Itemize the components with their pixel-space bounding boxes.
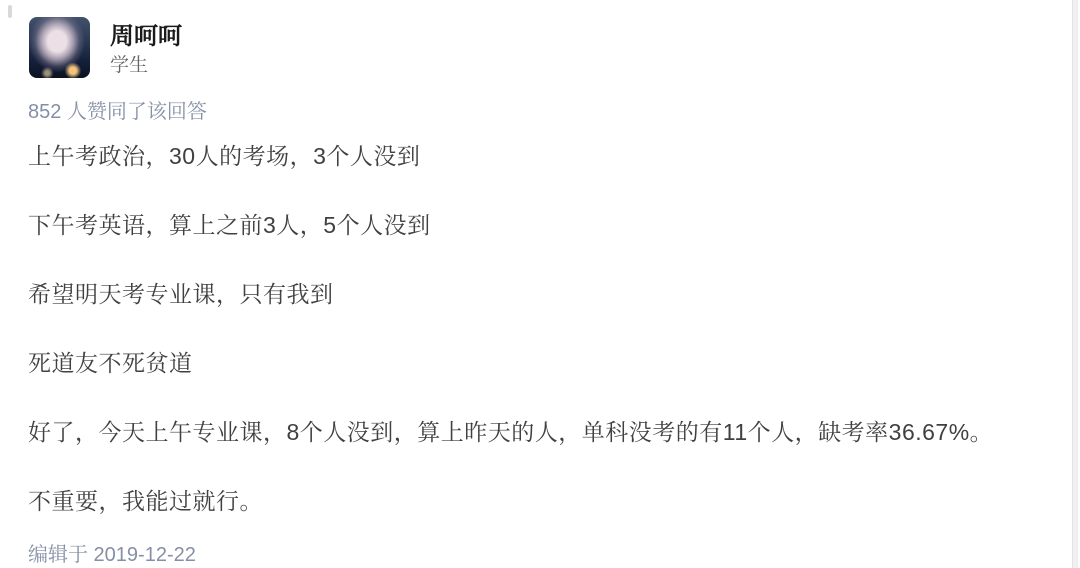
- answer-paragraph: 下午考英语，算上之前3人，5个人没到: [28, 211, 1048, 240]
- answer-paragraph: 上午考政治，30人的考场，3个人没到: [28, 142, 1048, 171]
- right-page-edge-bar: [1072, 0, 1078, 568]
- upvote-count-text: 852 人赞同了该回答: [28, 100, 207, 125]
- edited-date-text: 编辑于 2019-12-22: [28, 543, 196, 568]
- author-headline: 学生: [110, 54, 148, 78]
- answer-paragraph: 好了，今天上午专业课，8个人没到，算上昨天的人，单科没考的有11个人，缺考率36…: [28, 418, 1048, 447]
- left-crop-edge-artifact: [8, 5, 12, 18]
- answer-paragraph: 不重要，我能过就行。: [28, 487, 1048, 516]
- answer-body: 上午考政治，30人的考场，3个人没到 下午考英语，算上之前3人，5个人没到 希望…: [28, 142, 1048, 556]
- answer-paragraph: 希望明天考专业课，只有我到: [28, 280, 1048, 309]
- author-name[interactable]: 周呵呵: [110, 22, 182, 52]
- answer-paragraph: 死道友不死贫道: [28, 349, 1048, 378]
- avatar[interactable]: [29, 17, 90, 78]
